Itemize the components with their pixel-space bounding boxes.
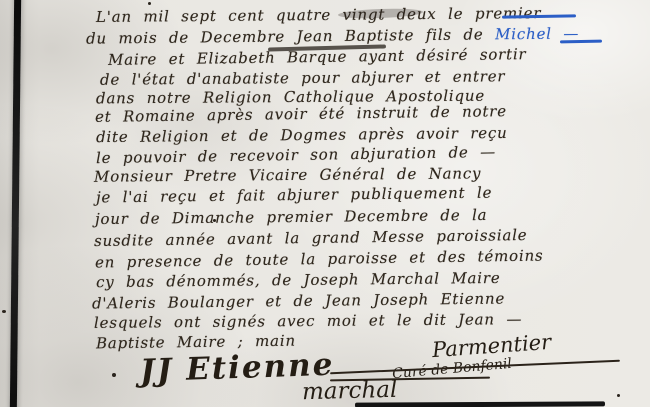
manuscript-line: d'Aleris Boulanger et de Jean Joseph Eti… <box>92 289 505 312</box>
manuscript-line-text: du mois de Decembre Jean Baptiste fils d… <box>86 25 495 47</box>
book-binding-edge <box>10 0 21 407</box>
ink-speck <box>2 310 6 313</box>
manuscript-line: le pouvoir de recevoir son abjuration de… <box>96 143 496 167</box>
ink-speck <box>617 394 620 397</box>
page-bottom-edge-line <box>355 401 605 407</box>
manuscript-line: lesquels ont signés avec moi et le dit J… <box>94 310 522 332</box>
manuscript-line: en presence de toute la paroisse et des … <box>95 246 544 271</box>
manuscript-line-text: jour de Dimanche premier Decembre de la <box>95 206 488 228</box>
ink-speck <box>148 2 151 5</box>
ink-speck <box>213 219 216 222</box>
manuscript-line: L'an mil sept cent quatre vingt deux le … <box>96 4 541 26</box>
manuscript-line: je l'ai reçu et fait abjurer publiquemen… <box>96 184 492 207</box>
manuscript-line-text: je l'ai reçu et fait abjurer publiquemen… <box>96 184 492 207</box>
manuscript-line: susdite année avant la grand Messe paroi… <box>94 226 528 250</box>
manuscript-line-text: cy bas dénommés, de Joseph Marchal Maire <box>96 269 501 291</box>
manuscript-line: jour de Dimanche premier Decembre de la <box>95 206 488 228</box>
blue-ink-dash <box>560 40 602 44</box>
manuscript-scan: L'an mil sept cent quatre vingt deux le … <box>0 0 650 407</box>
manuscript-line: du mois de Decembre Jean Baptiste fils d… <box>86 24 579 47</box>
manuscript-line-text: d'Aleris Boulanger et de Jean Joseph Eti… <box>92 289 505 312</box>
manuscript-line-text: le pouvoir de recevoir son abjuration de… <box>96 143 496 167</box>
ink-speck <box>112 373 116 377</box>
manuscript-line: de l'état d'anabatiste pour abjurer et e… <box>100 67 506 89</box>
blue-ink-dash <box>502 14 576 18</box>
manuscript-line-text: lesquels ont signés avec moi et le dit J… <box>94 310 522 332</box>
manuscript-line: Monsieur Pretre Vicaire Général de Nancy <box>94 164 481 185</box>
signature-marchal: marchal <box>302 377 398 405</box>
manuscript-line-text: en presence de toute la paroisse et des … <box>95 246 544 271</box>
manuscript-line-text: de l'état d'anabatiste pour abjurer et e… <box>100 67 506 89</box>
manuscript-line-text: L'an mil sept cent quatre vingt deux le … <box>96 4 541 26</box>
manuscript-line-text: Monsieur Pretre Vicaire Général de Nancy <box>94 164 481 185</box>
manuscript-line: cy bas dénommés, de Joseph Marchal Maire <box>96 269 501 291</box>
manuscript-line-text: susdite année avant la grand Messe paroi… <box>94 226 528 250</box>
